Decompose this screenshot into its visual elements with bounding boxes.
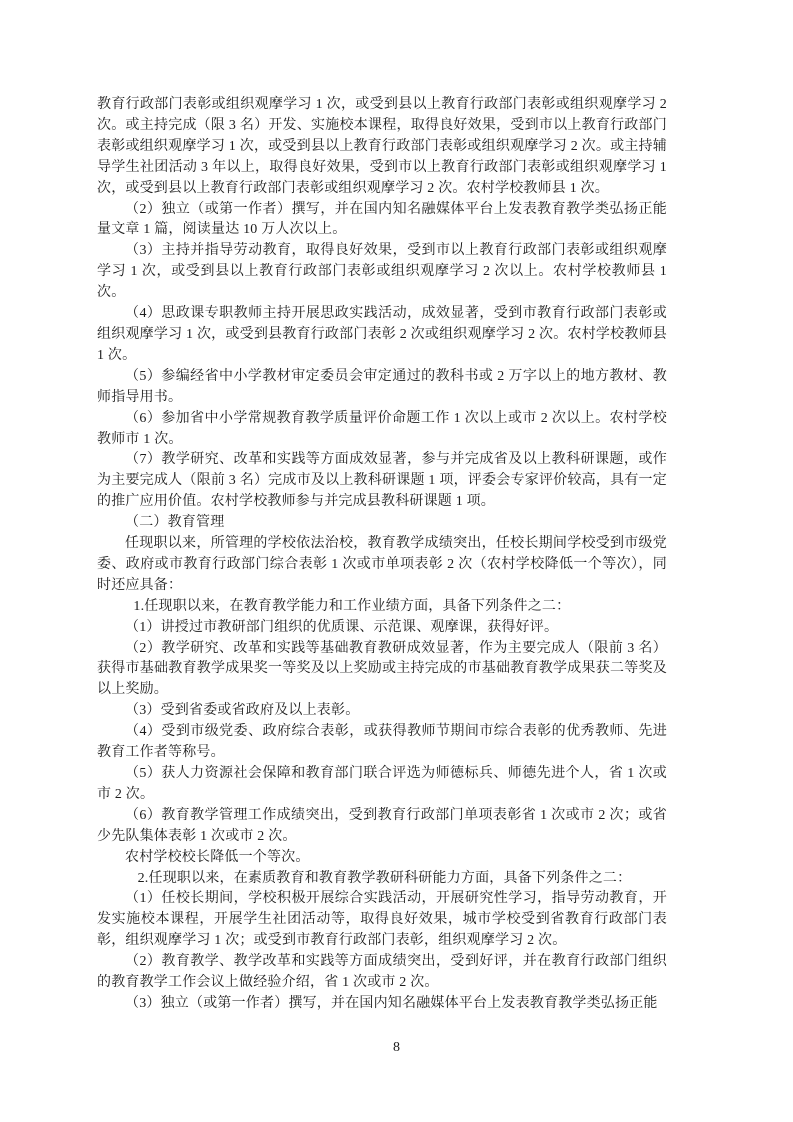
paragraph: （3）主持并指导劳动教育，取得良好效果，受到市以上教育行政部门表彰或组织观摩学习… — [97, 241, 667, 304]
paragraph: （2）教育教学、教学改革和实践等方面成绩突出，受到好评，并在教育行政部门组织的教… — [97, 952, 667, 994]
paragraph: （3）独立（或第一作者）撰写，并在国内知名融媒体平台上发表教育教学类弘扬正能 — [97, 994, 667, 1015]
paragraph: （5）获人力资源社会保障和教育部门联合评选为师德标兵、师德先进个人，省 1 次或… — [97, 764, 667, 806]
document-body: 教育行政部门表彰或组织观摩学习 1 次，或受到县以上教育行政部门表彰或组织观摩学… — [97, 95, 667, 1015]
document-page: 教育行政部门表彰或组织观摩学习 1 次，或受到县以上教育行政部门表彰或组织观摩学… — [0, 0, 793, 1122]
paragraph: （6）参加省中小学常规教育教学质量评价命题工作 1 次以上或市 2 次以上。农村… — [97, 409, 667, 451]
paragraph: （5）参编经省中小学教材审定委员会审定通过的教科书或 2 万字以上的地方教材、教… — [97, 367, 667, 409]
paragraph: （2）独立（或第一作者）撰写，并在国内知名融媒体平台上发表教育教学类弘扬正能量文… — [97, 200, 667, 242]
paragraph: （7）教学研究、改革和实践等方面成效显著，参与并完成省及以上教科研课题，或作为主… — [97, 450, 667, 513]
paragraph: （4）思政课专职教师主持开展思政实践活动，成效显著，受到市教育行政部门表彰或组织… — [97, 304, 667, 367]
paragraph: 1.任现职以来，在教育教学能力和工作业绩方面，具备下列条件之二： — [97, 597, 667, 618]
page-number: 8 — [0, 1040, 793, 1055]
paragraph: 2.任现职以来，在素质教育和教育教学教研科研能力方面，具备下列条件之二： — [97, 869, 667, 890]
paragraph: （4）受到市级党委、政府综合表彰，或获得教师节期间市综合表彰的优秀教师、先进教育… — [97, 722, 667, 764]
paragraph: （6）教育教学管理工作成绩突出，受到教育行政部门单项表彰省 1 次或市 2 次；… — [97, 806, 667, 848]
paragraph: （1）任校长期间，学校积极开展综合实践活动，开展研究性学习，指导劳动教育，开发实… — [97, 889, 667, 952]
paragraph: 任现职以来，所管理的学校依法治校，教育教学成绩突出，任校长期间学校受到市级党委、… — [97, 534, 667, 597]
paragraph: （1）讲授过市教研部门组织的优质课、示范课、观摩课，获得好评。 — [97, 618, 667, 639]
paragraph: （2）教学研究、改革和实践等基础教育教研成效显著，作为主要完成人（限前 3 名）… — [97, 639, 667, 702]
paragraph: 教育行政部门表彰或组织观摩学习 1 次，或受到县以上教育行政部门表彰或组织观摩学… — [97, 95, 667, 200]
paragraph: 农村学校校长降低一个等次。 — [97, 848, 667, 869]
paragraph: （二）教育管理 — [97, 513, 667, 534]
paragraph: （3）受到省委或省政府及以上表彰。 — [97, 701, 667, 722]
